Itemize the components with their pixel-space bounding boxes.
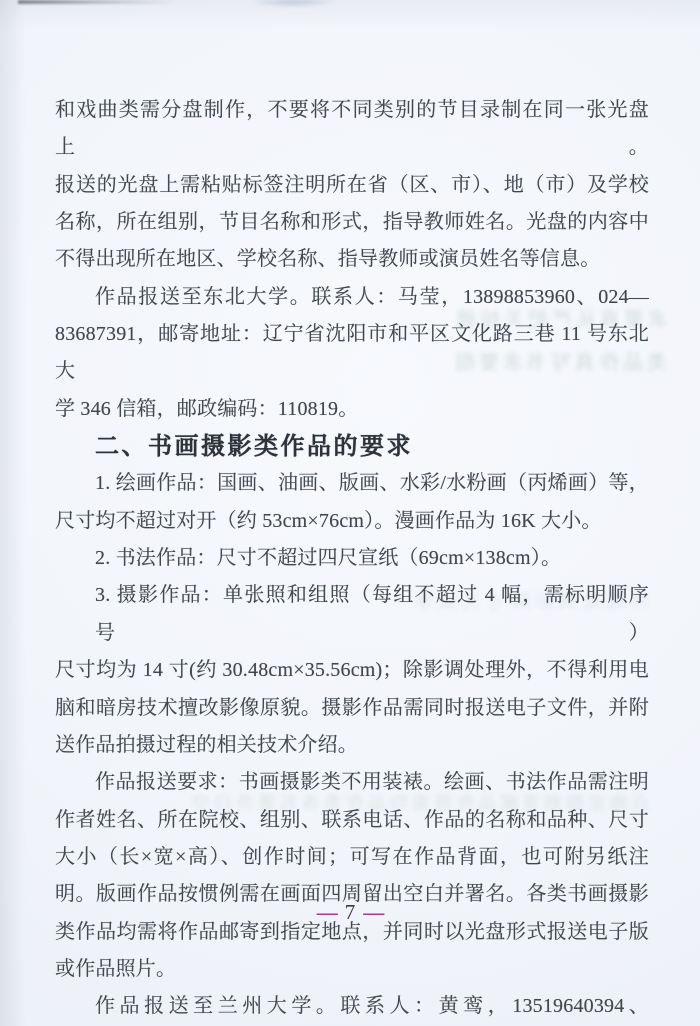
text-line: 送作品拍摄过程的相关技术介绍。 [55,727,649,764]
text-line: 和戏曲类需分盘制作，不要将不同类别的节目录制在同一张光盘上。 [55,92,649,167]
text-line: 尺寸均不超过对开（约 53cm×76cm）。漫画作品为 16K 大小。 [55,503,649,540]
page-number: 7 [337,900,364,924]
section-heading: 二、书画摄影类作品的要求 [55,428,649,465]
scan-smudge [248,0,338,8]
text-line: 作者姓名、所在院校、组别、联系电话、作品的名称和品种、尺寸 [55,802,649,839]
list-item-2: 2. 书法作品：尺寸不超过四尺宣纸（69cm×138cm）。 [55,540,649,577]
page-top-edge-shading [0,0,700,30]
text-line: 尺寸均为 14 寸(约 30.48cm×35.56cm)；除影调处理外，不得利用… [55,652,649,689]
page-footer: —7— [0,898,700,926]
page-number-dash-right: — [363,900,383,924]
page-number-dash-left: — [317,900,337,924]
text-line: 作品报送至东北大学。联系人：马莹，13898853960、024— [55,279,649,316]
text-line: 脑和暗房技术擅改影像原貌。摄影作品需同时报送电子文件，并附 [55,690,649,727]
list-item-3: 3. 摄影作品：单张照和组照（每组不超过 4 幅，需标明顺序号） [55,577,649,652]
body-text: 和戏曲类需分盘制作，不要将不同类别的节目录制在同一张光盘上。 报送的光盘上需粘贴… [55,92,649,1026]
list-item-1: 1. 绘画作品：国画、油画、版画、水彩/水粉画（丙烯画）等， [55,465,649,502]
text-line: 学 346 信箱，邮政编码：110819。 [55,391,649,428]
text-line: 作品报送至兰州大学。联系人：黄鸾，13519640394、 [55,988,649,1025]
document-page: 求要真从严把关按德 类品作真写书求要组 外理处调影除寸大张单 点地定指到寄邮品作… [0,0,700,1026]
page-left-edge-shading [0,0,26,1026]
text-line: 83687391，邮寄地址：辽宁省沈阳市和平区文化路三巷 11 号东北大 [55,316,649,391]
text-line: 大小（长×宽×高）、创作时间；可写在作品背面，也可附另纸注 [55,839,649,876]
text-line: 名称，所在组别，节目名称和形式，指导教师姓名。光盘的内容中 [55,204,649,241]
text-line: 或作品照片。 [55,951,649,988]
scan-smudge [18,0,178,4]
text-line: 不得出现所在地区、学校名称、指导教师或演员姓名等信息。 [55,241,649,278]
text-line: 报送的光盘上需粘贴标签注明所在省（区、市）、地（市）及学校 [55,167,649,204]
text-line: 作品报送要求：书画摄影类不用装裱。绘画、书法作品需注明 [55,764,649,801]
